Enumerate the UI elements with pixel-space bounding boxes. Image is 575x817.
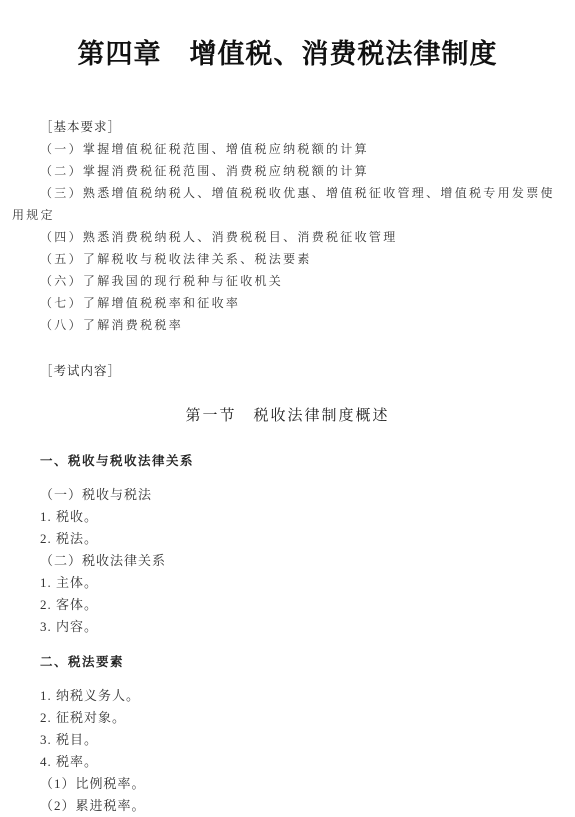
list-item: （二）税收法律关系 <box>40 550 166 569</box>
requirement-item: （五）了解税收与税收法律关系、税法要素 <box>40 250 312 267</box>
requirement-item: （八）了解消费税税率 <box>40 316 183 333</box>
requirement-item: （六）了解我国的现行税种与征收机关 <box>40 272 283 289</box>
list-item: 2. 征税对象。 <box>40 707 126 726</box>
requirement-item: （七）了解增值税税率和征收率 <box>40 294 240 311</box>
list-item: 1. 纳税义务人。 <box>40 685 140 704</box>
list-item: 3. 内容。 <box>40 616 98 635</box>
section-title: 第一节 税收法律制度概述 <box>0 404 575 425</box>
requirement-item-continued: 用规定 <box>12 206 55 223</box>
requirement-item: （三）熟悉增值税纳税人、增值税税收优惠、增值税征收管理、增值税专用发票使 <box>40 184 555 201</box>
list-item: （一）税收与税法 <box>40 484 152 503</box>
requirement-item: （四）熟悉消费税纳税人、消费税税目、消费税征收管理 <box>40 228 398 245</box>
exam-content-heading: ［考试内容］ <box>40 361 121 379</box>
part2-heading: 二、税法要素 <box>40 652 124 670</box>
requirement-item: （二）掌握消费税征税范围、消费税应纳税额的计算 <box>40 162 369 179</box>
list-item: （1）比例税率。 <box>40 773 146 792</box>
part1-heading: 一、税收与税收法律关系 <box>40 451 194 469</box>
basic-requirements-heading: ［基本要求］ <box>40 117 121 135</box>
list-item: 1. 税收。 <box>40 506 98 525</box>
list-item: 2. 税法。 <box>40 528 98 547</box>
list-item: 1. 主体。 <box>40 572 98 591</box>
requirement-item: （一）掌握增值税征税范围、增值税应纳税额的计算 <box>40 140 369 157</box>
list-item: 4. 税率。 <box>40 751 98 770</box>
list-item: 2. 客体。 <box>40 594 98 613</box>
chapter-title: 第四章 增值税、消费税法律制度 <box>0 32 575 71</box>
list-item: （2）累进税率。 <box>40 795 146 814</box>
list-item: 3. 税目。 <box>40 729 98 748</box>
